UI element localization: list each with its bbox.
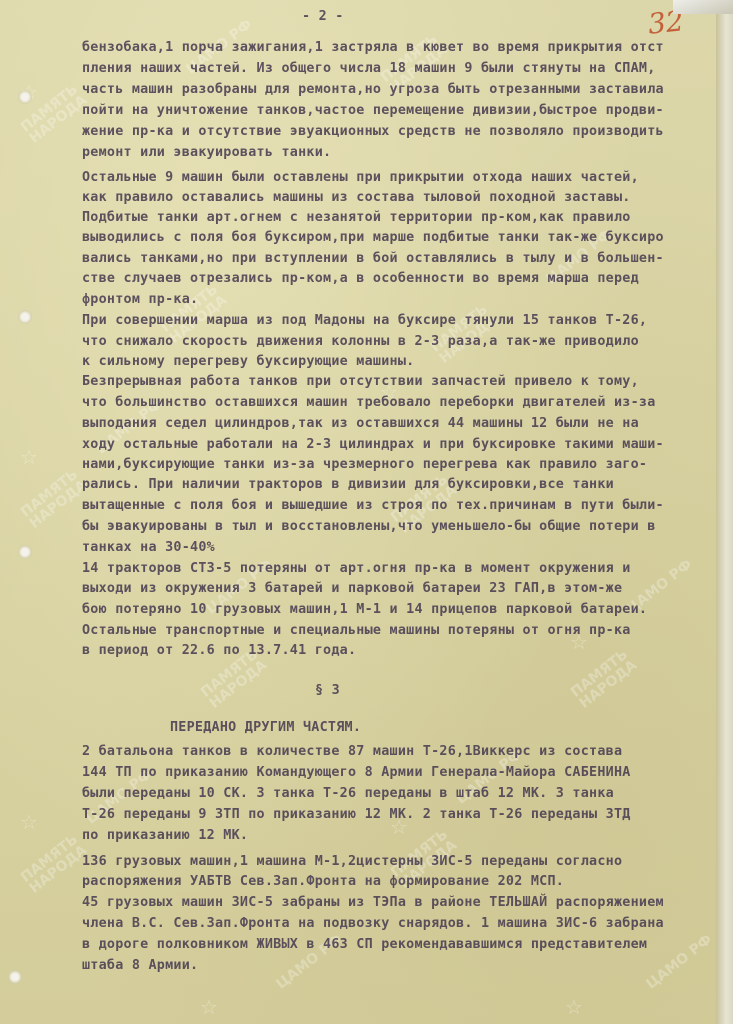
text-line: 136 грузовых машин,1 машина М-1,2цистерн… <box>82 854 622 869</box>
text-line: 144 ТП по приказанию Командующего 8 Арми… <box>82 765 631 780</box>
page-edge <box>716 0 733 1024</box>
text-line: как правило оставались машины из состава… <box>82 190 631 205</box>
text-line: Остальные 9 машин были оставлены при при… <box>82 170 639 185</box>
punch-hole <box>18 90 32 104</box>
text-line: к сильному перегреву буксирующие машины. <box>82 354 414 369</box>
text-line: бы эвакуированы в тыл и восстановлены,чт… <box>82 519 656 534</box>
section-number: § 3 <box>315 683 340 698</box>
text-line: ремонт или эвакуировать танки. <box>82 145 331 160</box>
text-line: 14 тракторов СТЗ-5 потеряны от арт.огня … <box>82 561 631 576</box>
text-line: бою потеряно 10 грузовых машин,1 М-1 и 1… <box>82 602 647 617</box>
text-line: 2 батальона танков в количестве 87 машин… <box>82 744 622 759</box>
text-line: вались танками,но при вступлении в бой о… <box>82 251 664 266</box>
text-line: ходу остальные работали на 2-3 цилиндрах… <box>82 437 664 452</box>
text-line: распоряжения УАБТВ Сев.Зап.Фронта на фор… <box>82 874 564 889</box>
text-line: вытащенные с поля боя и вышедшие из стро… <box>82 498 664 513</box>
text-line: выходи из окружения 3 батарей и парковой… <box>82 581 622 596</box>
text-line: что большинство оставшихся машин требова… <box>82 395 656 410</box>
text-line: в дороге полковником ЖИВЫХ в 463 СП реко… <box>82 937 647 952</box>
text-line: штаба 8 Армии. <box>82 958 198 973</box>
text-line: выподания седел цилиндров,так из оставши… <box>82 416 639 431</box>
text-line: При совершении марша из под Мадоны на бу… <box>82 313 647 328</box>
text-line: Т-26 переданы 9 ЗТП по приказанию 12 МК.… <box>82 807 631 822</box>
text-line: рались. При наличии тракторов в дивизии … <box>82 477 614 492</box>
text-line: Подбитые танки арт.огнем с незанятой тер… <box>82 210 631 225</box>
text-line: стве случаев отрезались пр-ком,а в особе… <box>82 271 639 286</box>
punch-hole <box>18 545 32 559</box>
star-icon: ☆ <box>20 445 38 469</box>
text-line: члена В.С. Сев.Зап.Фронта на подвозку сн… <box>82 916 664 931</box>
page-corner <box>673 0 733 14</box>
text-line: часть машин разобраны для ремонта,но угр… <box>82 82 664 97</box>
text-line: пойти на уничтожение танков,частое перем… <box>82 103 664 118</box>
text-line: фронтом пр-ка. <box>82 292 198 307</box>
text-line: нами,буксирующие танки из-за чрезмерного… <box>82 457 647 472</box>
text-line: были переданы 10 СК. 3 танка Т-26 переда… <box>82 786 614 801</box>
watermark-tsamo: ЦАМО РФ <box>644 932 715 991</box>
text-line: Остальные транспортные и специальные маш… <box>82 623 631 638</box>
punch-hole <box>18 310 32 324</box>
document-page: ПАМЯТЬ НАРОДА ЦАМО РФ ПАМЯТЬ НАРОДА ЦАМО… <box>0 0 716 1024</box>
watermark-pamyat-naroda: ПАМЯТЬ НАРОДА <box>569 647 640 711</box>
text-line: в период от 22.6 по 13.7.41 года. <box>82 643 356 658</box>
text-line: Безпрерывная работа танков при отсутстви… <box>82 374 639 389</box>
text-line: жение пр-ка и отсутствие эвуакционных ср… <box>82 124 664 139</box>
text-line: что снижало скорость движения колонны в … <box>82 334 639 349</box>
star-icon: ☆ <box>200 995 218 1019</box>
text-line: танках на 30-40% <box>82 540 215 555</box>
page-number: - 2 - <box>302 9 344 24</box>
watermark-pamyat-naroda: ПАМЯТЬ НАРОДА <box>19 467 90 531</box>
punch-hole <box>8 970 22 984</box>
star-icon: ☆ <box>20 810 38 834</box>
text-line: выводились с поля боя буксиром,при марше… <box>82 230 664 245</box>
watermark-pamyat-naroda: ПАМЯТЬ НАРОДА <box>19 832 90 896</box>
text-line: по приказанию 12 МК. <box>82 828 248 843</box>
text-line: бензобака,1 порча зажигания,1 застряла в… <box>82 40 664 55</box>
text-line: 45 грузовых машин ЗИС-5 забраны из ТЭПа … <box>82 895 664 910</box>
section-title: ПЕРЕДАНО ДРУГИМ ЧАСТЯМ. <box>170 720 361 735</box>
star-icon: ☆ <box>565 995 583 1019</box>
text-line: пления наших частей. Из общего числа 18 … <box>82 61 656 76</box>
